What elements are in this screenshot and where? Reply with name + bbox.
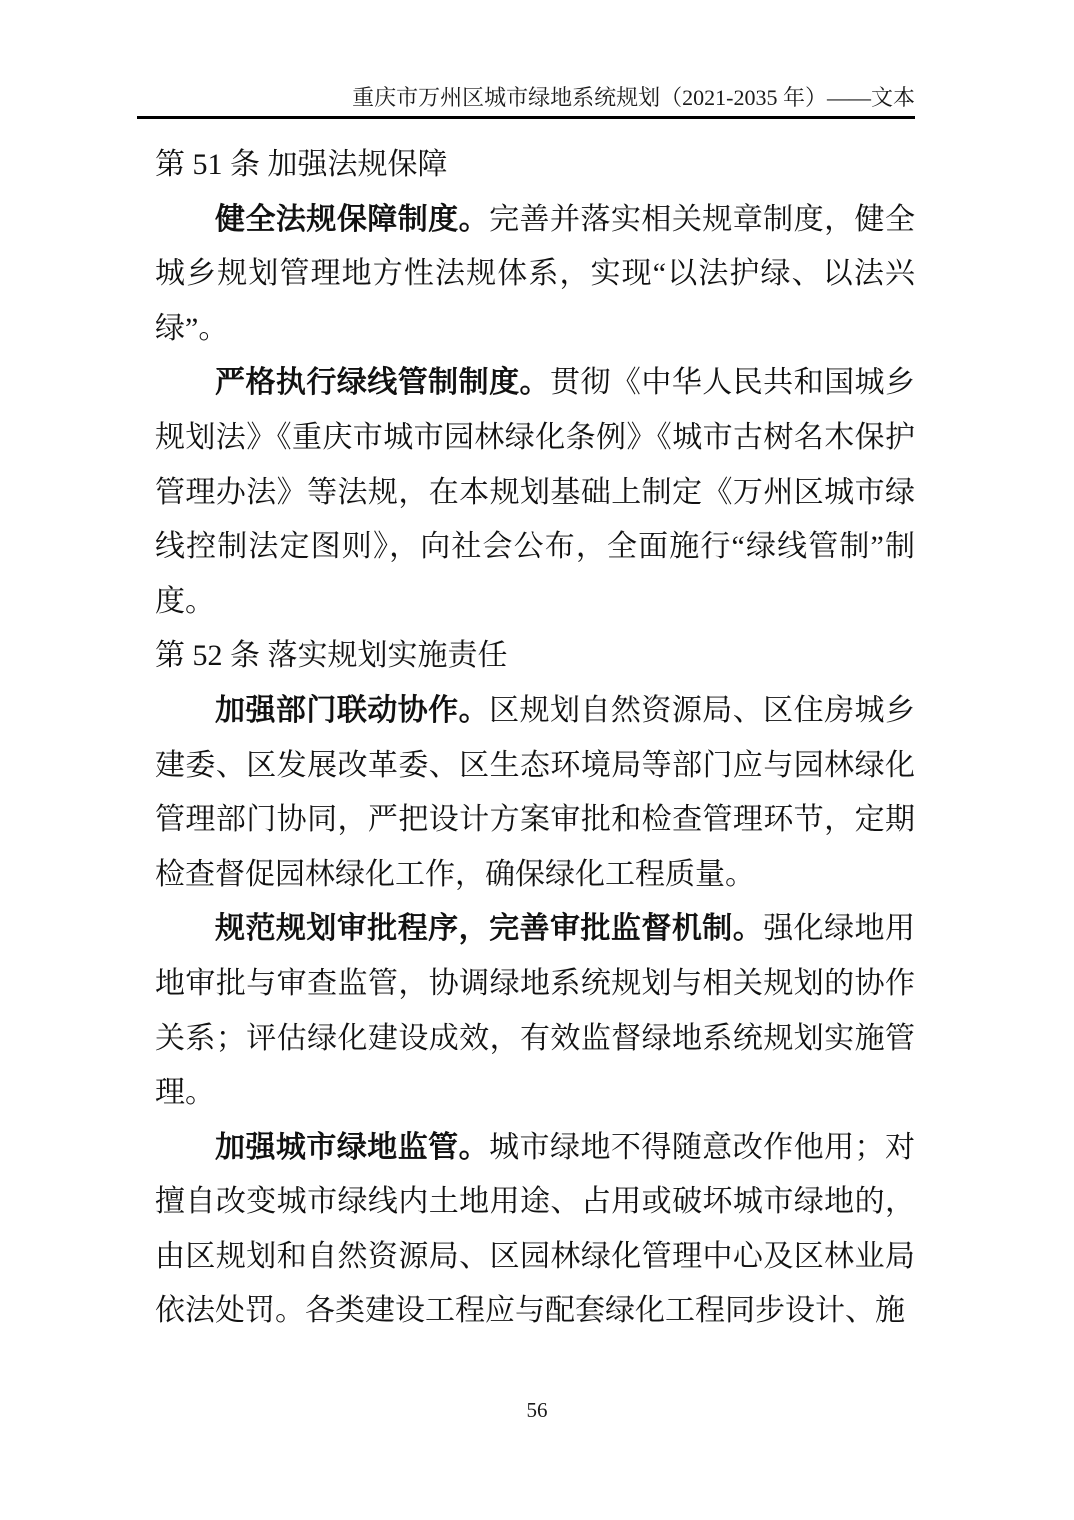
paragraph-body: 贯彻《中华人民共和国城乡规划法》《重庆市城市园林绿化条例》《城市古树名木保护管理… xyxy=(155,366,915,617)
paragraph: 加强部门联动协作。区规划自然资源局、区住房城乡建委、区发展改革委、区生态环境局等… xyxy=(155,684,915,902)
paragraph-lead: 规范规划审批程序，完善审批监督机制。 xyxy=(215,912,763,945)
paragraph-lead: 严格执行绿线管制制度。 xyxy=(215,366,550,399)
paragraph: 规范规划审批程序，完善审批监督机制。强化绿地用地审批与审查监管，协调绿地系统规划… xyxy=(155,902,915,1120)
paragraph: 严格执行绿线管制制度。贯彻《中华人民共和国城乡规划法》《重庆市城市园林绿化条例》… xyxy=(155,356,915,629)
paragraph: 健全法规保障制度。完善并落实相关规章制度，健全城乡规划管理地方性法规体系，实现“… xyxy=(155,193,915,357)
article-51-heading: 第 51 条 加强法规保障 xyxy=(155,138,915,193)
page-number: 56 xyxy=(0,1398,1074,1423)
document-body: 第 51 条 加强法规保障 健全法规保障制度。完善并落实相关规章制度，健全城乡规… xyxy=(155,138,915,1339)
paragraph-lead: 健全法规保障制度。 xyxy=(215,203,489,236)
page-header-title: 重庆市万州区城市绿地系统规划（2021-2035 年）——文本 xyxy=(137,85,915,111)
paragraph-lead: 加强城市绿地监管。 xyxy=(215,1131,489,1164)
paragraph-lead: 加强部门联动协作。 xyxy=(215,694,489,727)
header-rule xyxy=(137,116,915,119)
article-52-heading: 第 52 条 落实规划实施责任 xyxy=(155,629,915,684)
paragraph: 加强城市绿地监管。城市绿地不得随意改作他用；对擅自改变城市绿线内土地用途、占用或… xyxy=(155,1121,915,1339)
document-page: 重庆市万州区城市绿地系统规划（2021-2035 年）——文本 第 51 条 加… xyxy=(0,0,1074,1520)
